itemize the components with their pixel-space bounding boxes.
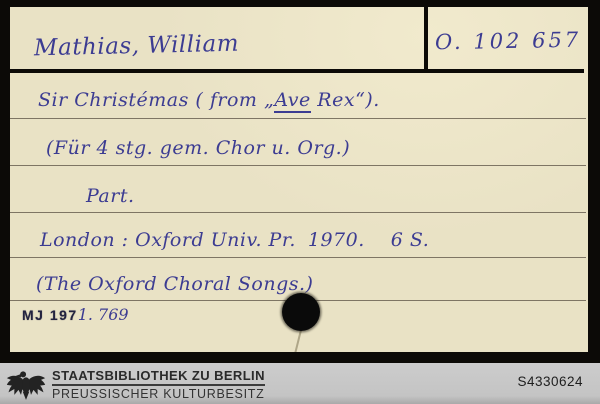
accession-line: MJ 1971. 769: [22, 305, 129, 324]
ruled-line: [10, 118, 586, 119]
title-pre: Sir Christémas ( from „: [38, 89, 274, 111]
ruled-line: [10, 212, 586, 213]
scoring-line: (Für 4 stg. gem. Chor u. Org.): [46, 137, 350, 159]
series-line: (The Oxford Choral Songs.): [36, 273, 313, 295]
imprint-place-publisher: London : Oxford Univ. Pr.: [40, 229, 296, 251]
library-footer: STAATSBIBLIOTHEK ZU BERLIN PREUSSISCHER …: [0, 363, 600, 404]
call-number: O. 102 657: [435, 28, 582, 55]
heading-underline: [10, 69, 584, 73]
imprint-year: 1970.: [308, 229, 365, 251]
scan-id: S4330624: [517, 374, 583, 389]
catalog-card: Mathias, William O. 102 657 Sir Christém…: [10, 7, 588, 352]
title-underlined-word: Ave: [274, 89, 310, 113]
ruled-line: [10, 165, 586, 166]
call-number-divider: [424, 7, 428, 70]
accession-number: 1. 769: [78, 305, 129, 324]
prussian-eagle-icon: [6, 367, 46, 401]
imprint-line: London : Oxford Univ. Pr.1970.6 S.: [40, 229, 429, 251]
library-subtitle: PREUSSISCHER KULTURBESITZ: [52, 387, 265, 401]
author-heading: Mathias, William: [34, 31, 240, 62]
title-line: Sir Christémas ( from „Ave Rex“).: [38, 89, 380, 111]
punch-hole: [282, 293, 320, 331]
imprint-pages: 6 S.: [391, 229, 430, 251]
paper-crease: [294, 329, 302, 352]
accession-stamp: MJ 197: [22, 307, 78, 323]
extent-line: Part.: [86, 185, 135, 207]
catalog-card-scan: Mathias, William O. 102 657 Sir Christém…: [0, 0, 600, 404]
title-post: Rex“).: [311, 89, 380, 111]
library-identity: STAATSBIBLIOTHEK ZU BERLIN PREUSSISCHER …: [52, 367, 265, 401]
library-name: STAATSBIBLIOTHEK ZU BERLIN: [52, 368, 265, 386]
ruled-line: [10, 257, 586, 258]
